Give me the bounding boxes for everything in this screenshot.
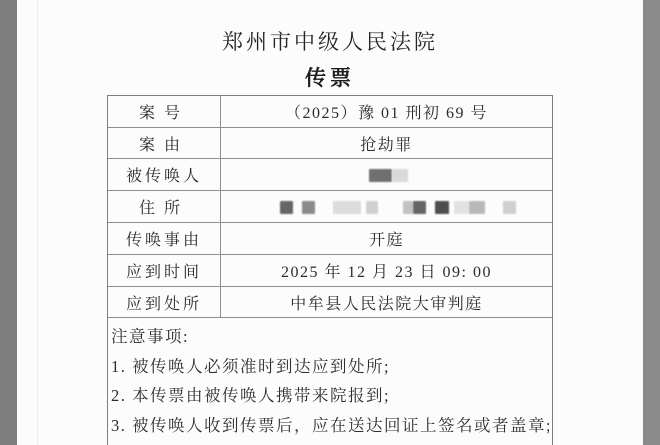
field-label: 被传唤人 — [108, 159, 221, 190]
field-value: 2025 年 12 月 23 日 09: 00 — [221, 255, 552, 286]
redacted-text-block — [454, 201, 469, 214]
field-value: 抢劫罪 — [221, 128, 552, 158]
summons-table: 案号（2025）豫 01 刑初 69 号案由抢劫罪被传唤人住所传唤事由开庭应到时… — [107, 95, 553, 318]
scan-edge-right — [643, 0, 660, 445]
field-label: 案由 — [108, 128, 221, 158]
field-label: 案号 — [108, 96, 221, 127]
table-row: 应到处所中牟县人民法院大审判庭 — [108, 287, 552, 318]
field-value — [221, 159, 552, 190]
notes-section: 注意事项: 1. 被传唤人必须准时到达应到处所;2. 本传票由被传唤人携带来院报… — [107, 317, 553, 445]
document-page: 郑州市中级人民法院 传票 案号（2025）豫 01 刑初 69 号案由抢劫罪被传… — [17, 0, 643, 445]
field-label: 应到处所 — [108, 287, 221, 317]
redacted-text-block — [392, 169, 408, 182]
redacted-text-block — [435, 201, 449, 214]
document-title: 传票 — [17, 62, 643, 92]
table-row: 应到时间2025 年 12 月 23 日 09: 00 — [108, 255, 552, 287]
field-value: （2025）豫 01 刑初 69 号 — [221, 96, 552, 127]
note-item: 2. 本传票由被传唤人携带来院报到; — [111, 381, 549, 411]
table-row: 案号（2025）豫 01 刑初 69 号 — [108, 96, 552, 128]
redacted-text-block — [503, 201, 516, 214]
notes-heading: 注意事项: — [111, 322, 549, 352]
field-value: 开庭 — [221, 223, 552, 254]
redacted-text-block — [333, 201, 361, 214]
field-value — [221, 191, 552, 222]
field-value: 中牟县人民法院大审判庭 — [221, 287, 552, 317]
table-row: 被传唤人 — [108, 159, 552, 191]
redacted-text-block — [469, 201, 485, 214]
redacted-text-block — [280, 201, 293, 214]
redacted-text-block — [413, 201, 426, 214]
redacted-text-block — [302, 201, 315, 214]
scan-edge-left — [0, 0, 17, 445]
table-row: 住所 — [108, 191, 552, 223]
note-item: 1. 被传唤人必须准时到达应到处所; — [111, 352, 549, 382]
redacted-text-block — [403, 201, 413, 214]
field-label: 应到时间 — [108, 255, 221, 286]
table-row: 案由抢劫罪 — [108, 128, 552, 159]
redacted-text-block — [369, 169, 392, 182]
redacted-text-block — [366, 201, 378, 214]
table-row: 传唤事由开庭 — [108, 223, 552, 255]
notes-items: 1. 被传唤人必须准时到达应到处所;2. 本传票由被传唤人携带来院报到;3. 被… — [111, 352, 549, 441]
court-name: 郑州市中级人民法院 — [17, 26, 643, 56]
field-label: 住所 — [108, 191, 221, 222]
note-item: 3. 被传唤人收到传票后，应在送达回证上签名或者盖章; — [111, 411, 549, 441]
field-label: 传唤事由 — [108, 223, 221, 254]
